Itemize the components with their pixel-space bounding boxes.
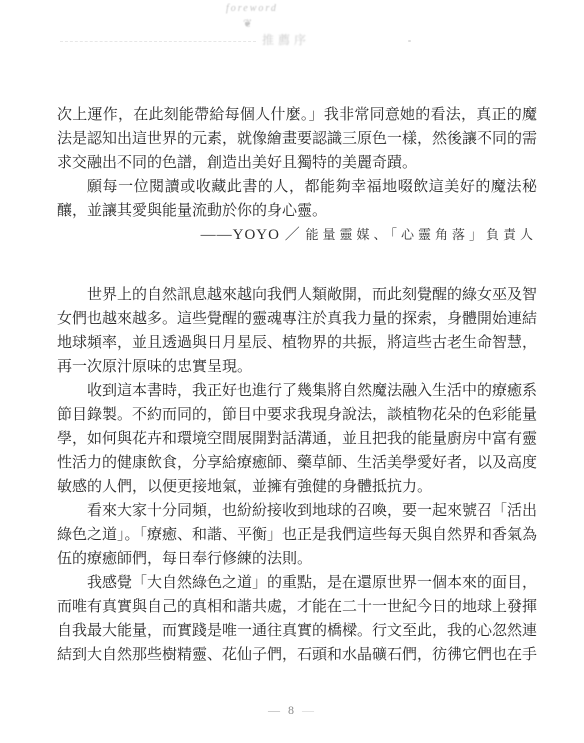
section-label: 推薦序 <box>262 31 310 48</box>
handwritten-note: foreword <box>226 3 278 14</box>
attribution-name: ——YOYO ／ <box>201 227 306 243</box>
paragraph: 願每一位閱讀或收藏此書的人，都能夠幸福地啜飲這美好的魔法秘釀，並讓其愛與能量流動… <box>57 175 537 223</box>
footer-dash: — <box>302 703 316 717</box>
paragraph: 看來大家十分同頻，也紛紛接收到地球的召喚，要一起來號召「活出綠色之道」。「療癒、… <box>57 499 537 571</box>
footer-dash: — <box>268 703 282 717</box>
body-text-column: 次上運作，在此刻能帶給每個人什麼。」我非常同意她的看法，真正的魔法是認知出這世界… <box>57 103 537 667</box>
paragraph-continuation: 次上運作，在此刻能帶給每個人什麼。」我非常同意她的看法，真正的魔法是認知出這世界… <box>57 103 537 175</box>
page-footer: —8— <box>0 703 584 718</box>
attribution-role: 能量靈媒、「心靈角落」負責人 <box>305 227 537 242</box>
page-number: 8 <box>282 703 302 717</box>
scan-artifact-line <box>60 41 256 42</box>
scan-artifact-speck <box>408 40 411 42</box>
fleuron-ornament-icon: ❦ <box>243 17 252 30</box>
attribution-line: ——YOYO ／ 能量靈媒、「心靈角落」負責人 <box>57 223 537 247</box>
paragraph: 我感覺「大自然綠色之道」的重點，是在還原世界一個本來的面目，而唯有真實與自己的真… <box>57 571 537 667</box>
paragraph: 收到這本書時，我正好也進行了幾集將自然魔法融入生活中的療癒系節目錄製。不約而同的… <box>57 379 537 499</box>
paragraph: 世界上的自然訊息越來越向我們人類敞開，而此刻覺醒的綠女巫及智女們也越來越多。這些… <box>57 283 537 379</box>
scanned-book-page: foreword ❦ 推薦序 次上運作，在此刻能帶給每個人什麼。」我非常同意她的… <box>0 0 584 743</box>
